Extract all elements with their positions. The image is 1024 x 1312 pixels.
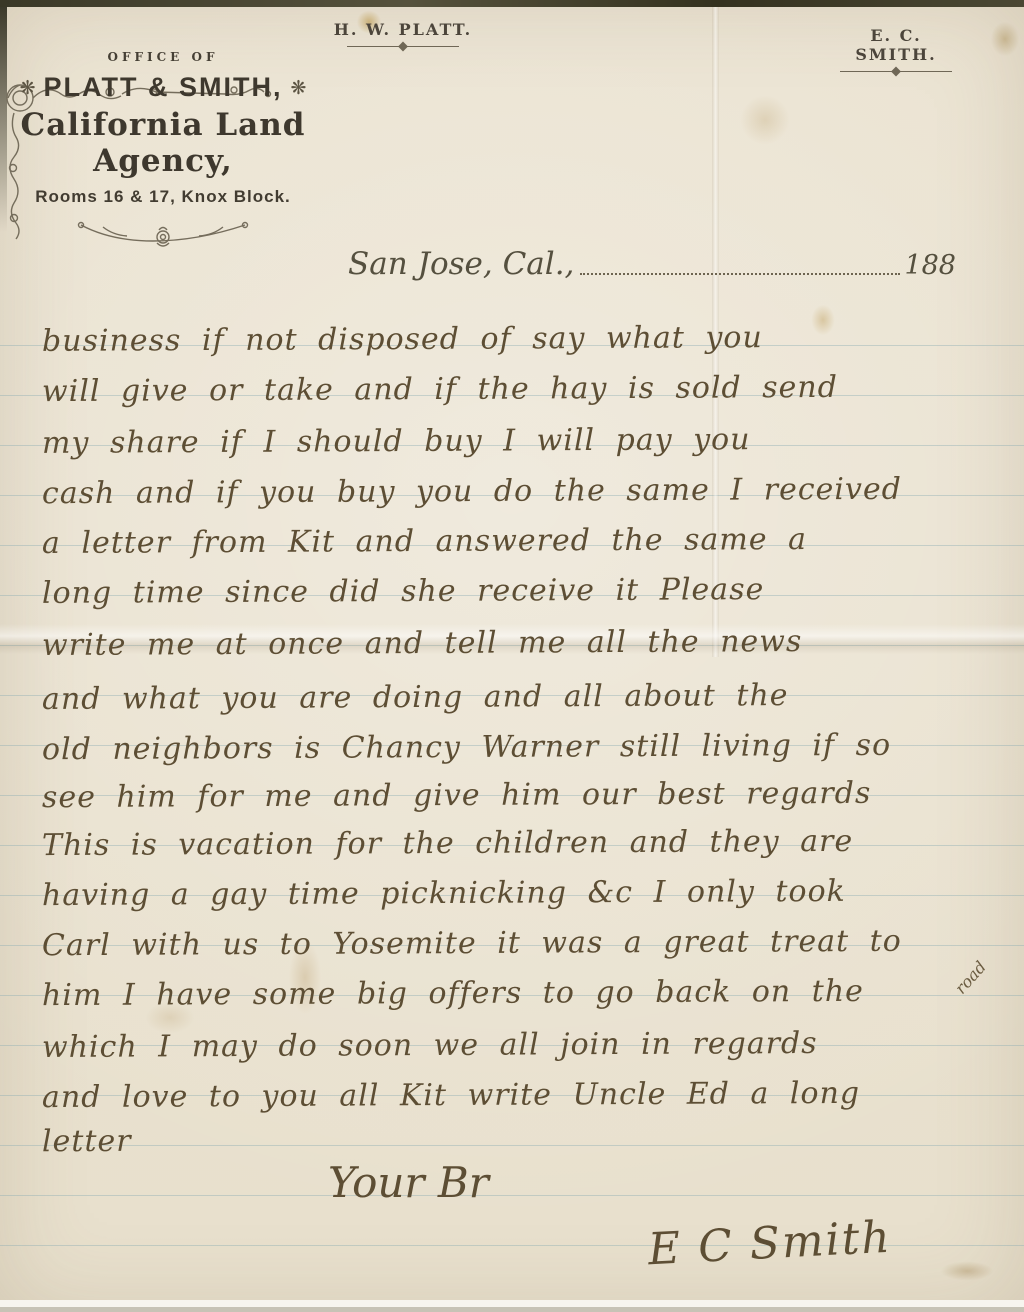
handwritten-line: write me at once and tell me all the new… (42, 624, 802, 663)
scan-edge-top (0, 0, 1024, 7)
dateline-place: San Jose, Cal., (348, 246, 574, 282)
partner-name-left: H. W. PLATT. (328, 20, 478, 47)
closing-salutation: Your Br (328, 1158, 489, 1207)
partner-name-left-label: H. W. PLATT. (328, 20, 478, 39)
partner-name-right: E. C. SMITH. (826, 26, 966, 72)
handwritten-line: old neighbors is Chancy Warner still liv… (42, 728, 891, 767)
handwritten-line: letter (42, 1124, 132, 1159)
partner-name-right-label: E. C. SMITH. (826, 26, 966, 64)
handwritten-line: long time since did she receive it Pleas… (42, 572, 764, 611)
divider-diamond-icon (840, 71, 952, 72)
scan-edge-bottom (0, 1300, 1024, 1312)
handwritten-line: my share if I should buy I will pay you (42, 422, 751, 461)
paper-stain (730, 85, 800, 155)
handwritten-line: and what you are doing and all about the (42, 678, 789, 717)
handwritten-line: him I have some big offers to go back on… (42, 974, 864, 1013)
scroll-divider-icon (73, 213, 253, 249)
address-line: Rooms 16 & 17, Knox Block. (6, 187, 320, 207)
handwritten-line: and love to you all Kit write Uncle Ed a… (42, 1076, 860, 1115)
handwritten-line: This is vacation for the children and th… (42, 824, 853, 863)
letterhead-block: OFFICE OF ❋ PLATT & SMITH, ❋ California … (6, 50, 320, 253)
handwritten-line: cash and if you buy you do the same I re… (42, 472, 902, 512)
paper-stain (986, 16, 1024, 62)
dateline-year: 188 (904, 250, 956, 282)
dateline: San Jose, Cal., 188 (348, 246, 956, 282)
firm-name: PLATT & SMITH, (44, 72, 283, 103)
agency-name: California Land Agency, (6, 107, 320, 179)
handwritten-line: business if not disposed of say what you (42, 320, 763, 359)
handwritten-line: will give or take and if the hay is sold… (42, 370, 838, 409)
handwritten-line: Carl with us to Yosemite it was a great … (42, 924, 902, 964)
letter-scan: H. W. PLATT. E. C. SMITH. OFFICE OF ❋ PL… (0, 0, 1024, 1312)
dateline-dotted-rule (580, 272, 900, 275)
handwritten-line: having a gay time picknicking &c I only … (42, 874, 846, 913)
handwritten-line: which I may do soon we all join in regar… (42, 1026, 818, 1065)
handwritten-line: a letter from Kit and answered the same … (42, 522, 807, 561)
divider-diamond-icon (347, 46, 459, 47)
starburst-icon: ❋ (20, 77, 36, 99)
starburst-icon: ❋ (290, 77, 306, 99)
office-of-label: OFFICE OF (6, 50, 320, 64)
handwritten-line: see him for me and give him our best reg… (42, 776, 872, 815)
